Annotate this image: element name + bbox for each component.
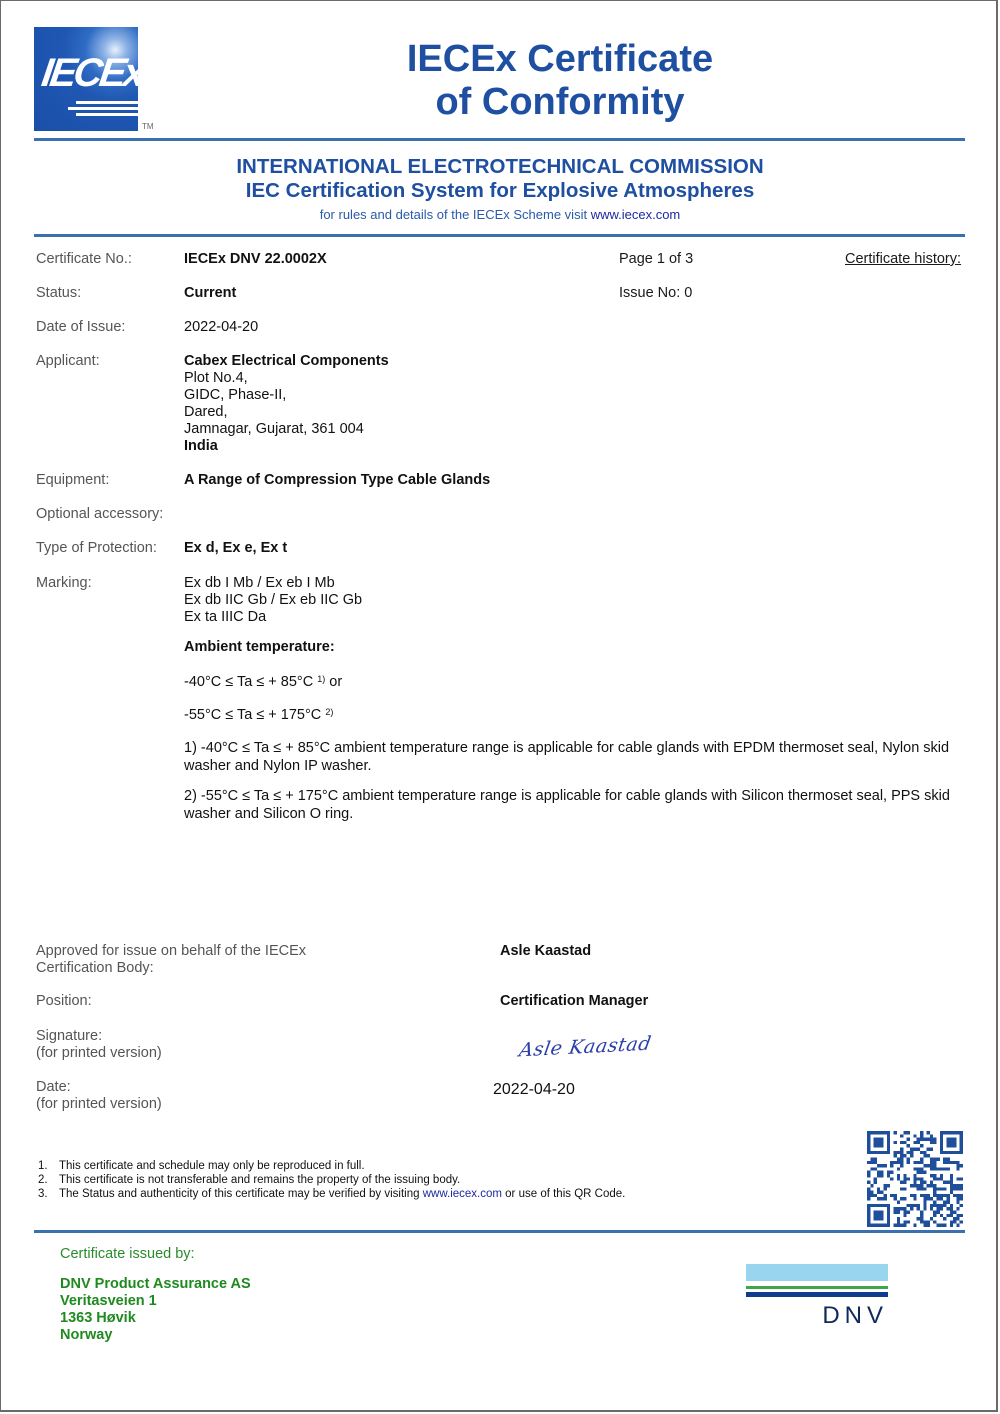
dnv-logo-text: DNV xyxy=(746,1302,888,1330)
marking-line: Ex db IIC Gb / Ex eb IIC Gb xyxy=(184,592,362,609)
header-rule xyxy=(34,138,965,141)
certificate-history-link[interactable]: Certificate history: xyxy=(845,251,961,267)
date-of-issue-label: Date of Issue: xyxy=(36,319,125,335)
rules-text: for rules and details of the IECEx Schem… xyxy=(320,207,591,222)
logo-stripe xyxy=(68,107,138,110)
approver-name: Asle Kaastad xyxy=(500,943,591,959)
applicant-country: India xyxy=(184,438,389,455)
ambient-range-1-suffix: or xyxy=(325,674,342,690)
applicant-address-line: Jamnagar, Gujarat, 361 004 xyxy=(184,421,389,438)
issuer-street: Veritasveien 1 xyxy=(60,1293,251,1310)
logo-text: IECEx xyxy=(39,51,138,96)
issuer-address: DNV Product Assurance AS Veritasveien 1 … xyxy=(60,1276,251,1344)
protection-label: Type of Protection: xyxy=(36,540,157,556)
footnote-number: 3. xyxy=(38,1188,59,1200)
section-rule xyxy=(34,234,965,237)
status-value: Current xyxy=(184,285,236,302)
signature-label: Signature: (for printed version) xyxy=(36,1028,162,1062)
footnote-text: This certificate is not transferable and… xyxy=(59,1174,460,1186)
issued-by-label: Certificate issued by: xyxy=(60,1246,195,1262)
issuer-country: Norway xyxy=(60,1327,251,1344)
approved-label-line: Certification Body: xyxy=(36,960,306,977)
marking-block: Ex db I Mb / Ex eb I Mb Ex db IIC Gb / E… xyxy=(184,575,362,626)
page-title: IECEx Certificate of Conformity xyxy=(360,38,760,124)
optional-accessory-label: Optional accessory: xyxy=(36,506,163,522)
rules-line: for rules and details of the IECEx Schem… xyxy=(0,207,1000,222)
logo-stripe xyxy=(76,113,138,116)
ambient-note-2: 2) -55°C ≤ Ta ≤ + 175°C ambient temperat… xyxy=(184,787,966,823)
footnote-2: 2.This certificate is not transferable a… xyxy=(38,1174,460,1186)
ambient-range-2: -55°C ≤ Ta ≤ + 175°C 2) xyxy=(184,707,333,724)
footnote-number: 1. xyxy=(38,1160,59,1172)
signature-label-line: (for printed version) xyxy=(36,1045,162,1062)
approved-label: Approved for issue on behalf of the IECE… xyxy=(36,943,306,977)
ambient-range-1: -40°C ≤ Ta ≤ + 85°C 1) or xyxy=(184,674,342,691)
issuer-name: DNV Product Assurance AS xyxy=(60,1276,251,1293)
applicant-address-line: Dared, xyxy=(184,404,389,421)
position-label: Position: xyxy=(36,993,92,1010)
footnote-text: or use of this QR Code. xyxy=(502,1188,625,1200)
marking-line: Ex ta IIIC Da xyxy=(184,609,362,626)
date-of-issue: 2022-04-20 xyxy=(184,319,258,336)
ambient-heading: Ambient temperature: xyxy=(184,639,335,656)
approval-date-label-line: Date: xyxy=(36,1079,162,1096)
signature-label-line: Signature: xyxy=(36,1028,162,1045)
approval-date-label: Date: (for printed version) xyxy=(36,1079,162,1113)
dnv-logo-bar xyxy=(746,1292,888,1297)
applicant-address-line: Plot No.4, xyxy=(184,370,389,387)
status-label: Status: xyxy=(36,285,81,301)
ambient-range-1-text: -40°C ≤ Ta ≤ + 85°C xyxy=(184,674,317,690)
certificate-number: IECEx DNV 22.0002X xyxy=(184,251,327,268)
issuer-city: 1363 Høvik xyxy=(60,1310,251,1327)
applicant-name: Cabex Electrical Components xyxy=(184,353,389,370)
iecex-logo: IECEx xyxy=(34,27,138,131)
logo-stripe xyxy=(76,101,138,104)
applicant-block: Cabex Electrical Components Plot No.4, G… xyxy=(184,353,389,455)
signature-image: Asle Kaastad xyxy=(518,1033,653,1062)
iecex-link[interactable]: www.iecex.com xyxy=(591,207,681,222)
footnote-1: 1.This certificate and schedule may only… xyxy=(38,1160,365,1172)
approval-date-label-line: (for printed version) xyxy=(36,1096,162,1113)
dnv-logo-bar xyxy=(746,1264,888,1281)
footnote-ref-2: 2) xyxy=(325,707,333,717)
footnote-ref-1: 1) xyxy=(317,674,325,684)
applicant-label: Applicant: xyxy=(36,353,100,369)
ambient-range-2-text: -55°C ≤ Ta ≤ + 175°C xyxy=(184,707,325,723)
title-line-1: IECEx Certificate xyxy=(360,38,760,81)
footnote-number: 2. xyxy=(38,1174,59,1186)
qr-code[interactable] xyxy=(867,1131,963,1227)
approval-date: 2022-04-20 xyxy=(493,1081,575,1099)
ambient-note-1: 1) -40°C ≤ Ta ≤ + 85°C ambient temperatu… xyxy=(184,739,966,775)
marking-line: Ex db I Mb / Ex eb I Mb xyxy=(184,575,362,592)
dnv-logo-bar xyxy=(746,1286,888,1289)
iecex-verify-link[interactable]: www.iecex.com xyxy=(423,1188,502,1200)
protection-value: Ex d, Ex e, Ex t xyxy=(184,540,287,557)
page-indicator: Page 1 of 3 xyxy=(619,251,693,267)
position-value: Certification Manager xyxy=(500,993,648,1009)
certificate-number-label: Certificate No.: xyxy=(36,251,132,267)
org-name: INTERNATIONAL ELECTROTECHNICAL COMMISSIO… xyxy=(0,155,1000,179)
applicant-address-line: GIDC, Phase-II, xyxy=(184,387,389,404)
trademark: TM xyxy=(142,122,154,131)
issue-number: Issue No: 0 xyxy=(619,285,692,301)
org-system: IEC Certification System for Explosive A… xyxy=(0,179,1000,203)
footer-rule xyxy=(34,1230,965,1233)
footnote-3: 3.The Status and authenticity of this ce… xyxy=(38,1188,625,1200)
footnote-text: The Status and authenticity of this cert… xyxy=(59,1188,423,1200)
equipment-value: A Range of Compression Type Cable Glands xyxy=(184,472,490,489)
footnote-text: This certificate and schedule may only b… xyxy=(59,1160,365,1172)
marking-label: Marking: xyxy=(36,575,92,591)
title-line-2: of Conformity xyxy=(360,81,760,124)
approved-label-line: Approved for issue on behalf of the IECE… xyxy=(36,943,306,960)
equipment-label: Equipment: xyxy=(36,472,109,488)
